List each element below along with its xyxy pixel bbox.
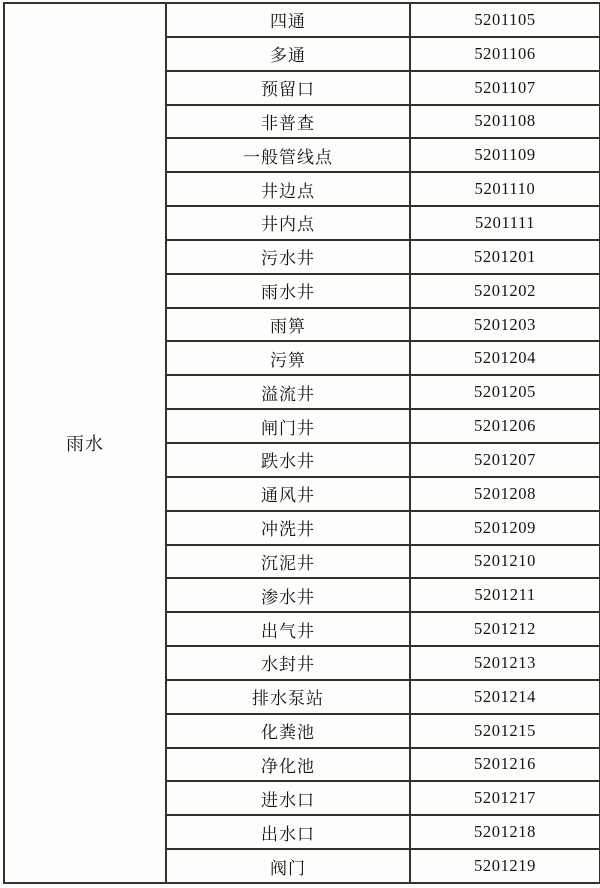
feature-code-cell: 5201108 xyxy=(410,105,600,139)
feature-name-cell: 污水井 xyxy=(166,240,410,274)
feature-code-cell: 5201204 xyxy=(410,341,600,375)
feature-code-cell: 5201107 xyxy=(410,71,600,105)
feature-code-cell: 5201106 xyxy=(410,37,600,71)
feature-name-cell: 一般管线点 xyxy=(166,138,410,172)
feature-code-cell: 5201218 xyxy=(410,815,600,849)
document-page: 雨水四通5201105多通5201106预留口5201107非普查5201108… xyxy=(0,0,600,888)
feature-name-cell: 雨水井 xyxy=(166,274,410,308)
feature-code-cell: 5201109 xyxy=(410,138,600,172)
feature-name-cell: 四通 xyxy=(166,3,410,37)
feature-code-cell: 5201207 xyxy=(410,443,600,477)
feature-code-table: 雨水四通5201105多通5201106预留口5201107非普查5201108… xyxy=(3,2,600,884)
feature-code-cell: 5201210 xyxy=(410,545,600,579)
feature-name-cell: 水封井 xyxy=(166,646,410,680)
feature-name-cell: 闸门井 xyxy=(166,409,410,443)
table-body: 雨水四通5201105多通5201106预留口5201107非普查5201108… xyxy=(4,3,600,883)
feature-code-cell: 5201215 xyxy=(410,714,600,748)
feature-code-cell: 5201206 xyxy=(410,409,600,443)
feature-code-cell: 5201209 xyxy=(410,511,600,545)
feature-name-cell: 多通 xyxy=(166,37,410,71)
feature-code-cell: 5201201 xyxy=(410,240,600,274)
feature-name-cell: 溢流井 xyxy=(166,375,410,409)
feature-name-cell: 井边点 xyxy=(166,172,410,206)
feature-name-cell: 雨箅 xyxy=(166,308,410,342)
feature-name-cell: 非普查 xyxy=(166,105,410,139)
feature-name-cell: 冲洗井 xyxy=(166,511,410,545)
feature-code-cell: 5201214 xyxy=(410,680,600,714)
feature-code-cell: 5201217 xyxy=(410,781,600,815)
feature-name-cell: 通风井 xyxy=(166,477,410,511)
feature-code-cell: 5201213 xyxy=(410,646,600,680)
feature-name-cell: 出水口 xyxy=(166,815,410,849)
feature-code-cell: 5201211 xyxy=(410,578,600,612)
feature-name-cell: 排水泵站 xyxy=(166,680,410,714)
feature-name-cell: 井内点 xyxy=(166,206,410,240)
feature-code-cell: 5201110 xyxy=(410,172,600,206)
feature-name-cell: 沉泥井 xyxy=(166,545,410,579)
feature-code-cell: 5201105 xyxy=(410,3,600,37)
feature-name-cell: 化粪池 xyxy=(166,714,410,748)
feature-code-cell: 5201203 xyxy=(410,308,600,342)
feature-name-cell: 净化池 xyxy=(166,748,410,782)
category-cell: 雨水 xyxy=(4,3,166,883)
feature-code-cell: 5201219 xyxy=(410,849,600,883)
feature-code-cell: 5201202 xyxy=(410,274,600,308)
feature-code-cell: 5201208 xyxy=(410,477,600,511)
feature-name-cell: 阀门 xyxy=(166,849,410,883)
feature-name-cell: 跌水井 xyxy=(166,443,410,477)
feature-code-cell: 5201111 xyxy=(410,206,600,240)
table-row: 雨水四通5201105 xyxy=(4,3,600,37)
feature-code-cell: 5201205 xyxy=(410,375,600,409)
feature-name-cell: 渗水井 xyxy=(166,578,410,612)
feature-name-cell: 出气井 xyxy=(166,612,410,646)
feature-name-cell: 预留口 xyxy=(166,71,410,105)
feature-name-cell: 进水口 xyxy=(166,781,410,815)
feature-code-cell: 5201216 xyxy=(410,748,600,782)
feature-name-cell: 污箅 xyxy=(166,341,410,375)
feature-code-cell: 5201212 xyxy=(410,612,600,646)
